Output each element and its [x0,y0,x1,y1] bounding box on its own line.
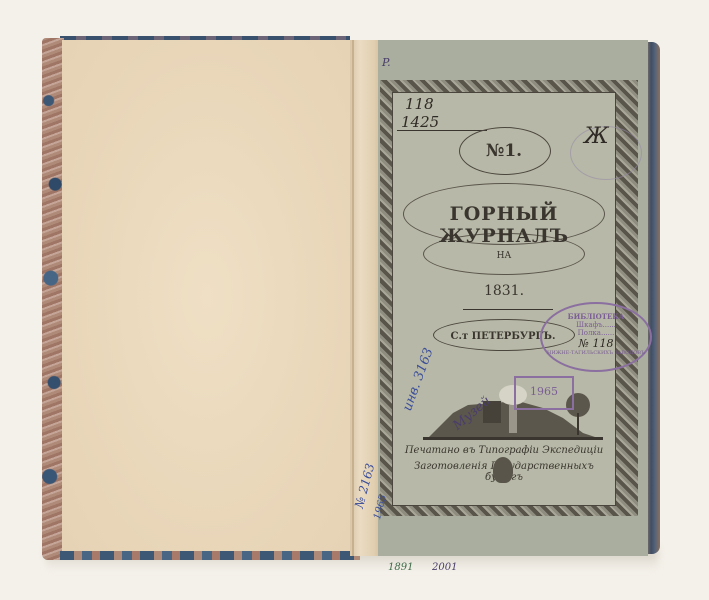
year-stamp: 1965 [514,376,574,410]
bottom-note-right: 2001 [432,562,457,573]
handwritten-number-2: 1425 [401,113,439,131]
open-book: P. 118 1425 №1. ГОРНЫЙ ЖУРНАЛЪ НА 1831. … [40,36,660,564]
journal-title: ГОРНЫЙ ЖУРНАЛЪ [393,203,615,247]
marbled-left-board [42,38,64,560]
blank-endpaper [62,40,352,552]
stamp-header: БИБЛIОТЕКА [542,312,650,321]
crossed-mark: Ж [584,124,609,149]
stamp-footer: НИЖНЕ-ТАГИЛЬСКИХЪ ЗАВОДОВЪ [542,350,650,356]
library-stamp: БИБЛIОТЕКА Шкафъ...... Полка...... № 118… [540,302,652,372]
underline [397,130,487,131]
fold-crease [352,40,354,556]
bottom-note-left: 1891 [388,562,413,573]
marbled-bottom-edge [60,551,360,560]
shelf-mark: P. [382,56,391,69]
handwritten-number-1: 118 [405,95,434,113]
preposition: НА [393,251,615,261]
stamp-line-1: Шкафъ...... [542,321,650,329]
divider [463,309,553,310]
stamp-line-2: Полка...... [542,329,650,337]
stamp-number: № 118 [542,337,650,350]
year: 1831. [393,283,615,299]
imprint-line-1: Печатано въ Типографiи Экспедицiи [397,445,611,456]
engraved-landscape [423,383,603,443]
owl-emblem [493,457,513,483]
